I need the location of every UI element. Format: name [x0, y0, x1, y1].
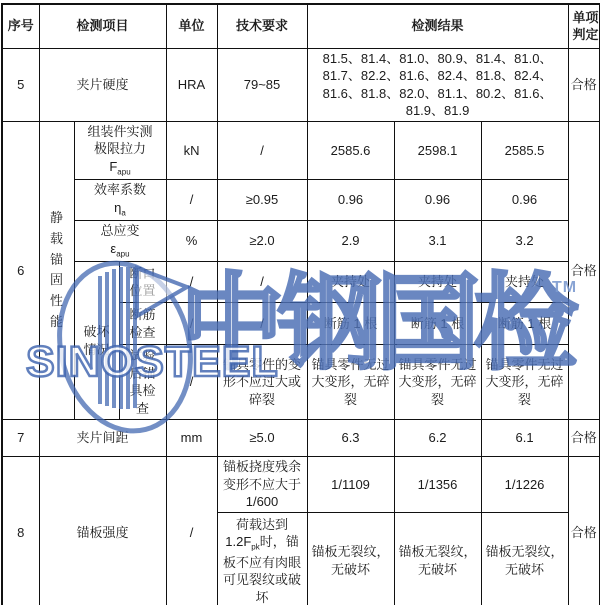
row6-sub1-result-2: 2598.1: [394, 121, 481, 179]
row6-sub3-unit: %: [166, 221, 217, 262]
row6-sub5-unit: /: [166, 303, 217, 345]
row6-sub6-unit: /: [166, 345, 217, 420]
row8-seq: 8: [2, 457, 39, 605]
row6-sub2-result-3: 0.96: [481, 180, 568, 221]
row6-sub6-label: 试验后锚具检查: [119, 345, 166, 420]
row-8-sub1: 8 锚板强度 / 锚板挠度残余变形不应大于 1/600 1/1109 1/135…: [2, 457, 600, 513]
row6-sub4-requirement: /: [217, 262, 307, 303]
row5-judgement: 合格: [568, 48, 600, 121]
row6-sub3-requirement: ≥2.0: [217, 221, 307, 262]
row6-sub2-unit: /: [166, 180, 217, 221]
row6-sub4-result-3: 夹持处: [481, 262, 568, 303]
row8-sub2-requirement: 荷载达到 1.2Fpk时，锚板不应有肉眼可见裂纹或破坏: [217, 512, 307, 605]
row7-seq: 7: [2, 420, 39, 457]
row6-sub1-label: 组装件实测 极限拉力 Fapu: [74, 121, 166, 179]
row6-seq: 6: [2, 121, 39, 419]
row7-result-1: 6.3: [307, 420, 394, 457]
row6-sub6-result-1: 锚具零件无过大变形，无碎裂: [307, 345, 394, 420]
row-6-sub4: 破坏情况 断口位置 / / 夹持处 夹持处 夹持处: [2, 262, 600, 303]
row6-sub5-result-1: 断筋 1 根: [307, 303, 394, 345]
row6-sub5-label: 断筋检查: [119, 303, 166, 345]
row6-sub2-result-1: 0.96: [307, 180, 394, 221]
header-row: 序号 检测项目 单位 技术要求 检测结果 单项判定: [2, 4, 600, 48]
header-result: 检测结果: [307, 4, 568, 48]
report-table: 序号 检测项目 单位 技术要求 检测结果 单项判定 5 夹片硬度 HRA 79~…: [1, 3, 600, 605]
row-5: 5 夹片硬度 HRA 79~85 81.5、81.4、81.0、80.9、81.…: [2, 48, 600, 121]
row6-sub4-result-2: 夹持处: [394, 262, 481, 303]
row8-sub2-result-1: 锚板无裂纹，无破坏: [307, 512, 394, 605]
row5-item: 夹片硬度: [39, 48, 166, 121]
row6-sub3-label: 总应变 εapu: [74, 221, 166, 262]
row-6-sub3: 总应变 εapu % ≥2.0 2.9 3.1 3.2: [2, 221, 600, 262]
row6-sub5-requirement: /: [217, 303, 307, 345]
row-7: 7 夹片间距 mm ≥5.0 6.3 6.2 6.1 合格: [2, 420, 600, 457]
row6-sub4-label: 断口位置: [119, 262, 166, 303]
row7-unit: mm: [166, 420, 217, 457]
header-requirement: 技术要求: [217, 4, 307, 48]
row6-break-group-label: 破坏情况: [74, 262, 119, 420]
header-item: 检测项目: [39, 4, 166, 48]
row6-sub4-unit: /: [166, 262, 217, 303]
row-6-sub2: 效率系数 ηa / ≥0.95 0.96 0.96 0.96: [2, 180, 600, 221]
row5-requirement: 79~85: [217, 48, 307, 121]
inspection-report-table-page: 序号 检测项目 单位 技术要求 检测结果 单项判定 5 夹片硬度 HRA 79~…: [1, 3, 600, 605]
row5-seq: 5: [2, 48, 39, 121]
row6-sub3-result-3: 3.2: [481, 221, 568, 262]
row6-sub1-result-3: 2585.5: [481, 121, 568, 179]
row6-sub1-unit: kN: [166, 121, 217, 179]
row6-sub2-label: 效率系数 ηa: [74, 180, 166, 221]
row6-sub1-requirement: /: [217, 121, 307, 179]
row6-sub2-requirement: ≥0.95: [217, 180, 307, 221]
row7-requirement: ≥5.0: [217, 420, 307, 457]
row-6-sub1: 6 静载锚固性能 组装件实测 极限拉力 Fapu kN / 2585.6 259…: [2, 121, 600, 179]
row7-item: 夹片间距: [39, 420, 166, 457]
row7-result-3: 6.1: [481, 420, 568, 457]
row7-judgement: 合格: [568, 420, 600, 457]
row8-sub1-result-3: 1/1226: [481, 457, 568, 513]
row6-sub3-result-2: 3.1: [394, 221, 481, 262]
row5-result: 81.5、81.4、81.0、80.9、81.4、81.0、 81.7、82.2…: [307, 48, 568, 121]
row8-sub2-result-3: 锚板无裂纹，无破坏: [481, 512, 568, 605]
row6-sub5-result-2: 断筋 1 根: [394, 303, 481, 345]
row6-sub5-result-3: 断筋 1 根: [481, 303, 568, 345]
header-seq: 序号: [2, 4, 39, 48]
row6-sub3-result-1: 2.9: [307, 221, 394, 262]
row8-sub1-requirement: 锚板挠度残余变形不应大于 1/600: [217, 457, 307, 513]
row6-sub6-result-2: 锚具零件无过大变形，无碎裂: [394, 345, 481, 420]
row8-sub2-result-2: 锚板无裂纹，无破坏: [394, 512, 481, 605]
row6-sub4-result-1: 夹持处: [307, 262, 394, 303]
header-unit: 单位: [166, 4, 217, 48]
row8-item: 锚板强度: [39, 457, 166, 605]
row6-group-label: 静载锚固性能: [39, 121, 74, 419]
header-judgement: 单项判定: [568, 4, 600, 48]
row8-unit: /: [166, 457, 217, 605]
row5-unit: HRA: [166, 48, 217, 121]
row6-sub2-result-2: 0.96: [394, 180, 481, 221]
row7-result-2: 6.2: [394, 420, 481, 457]
row6-sub6-requirement: 锚具零件的变形不应过大或碎裂: [217, 345, 307, 420]
row6-sub1-result-1: 2585.6: [307, 121, 394, 179]
row8-sub1-result-1: 1/1109: [307, 457, 394, 513]
row8-judgement: 合格: [568, 457, 600, 605]
row8-sub1-result-2: 1/1356: [394, 457, 481, 513]
row6-sub6-result-3: 锚具零件无过大变形，无碎裂: [481, 345, 568, 420]
row6-judgement: 合格: [568, 121, 600, 419]
